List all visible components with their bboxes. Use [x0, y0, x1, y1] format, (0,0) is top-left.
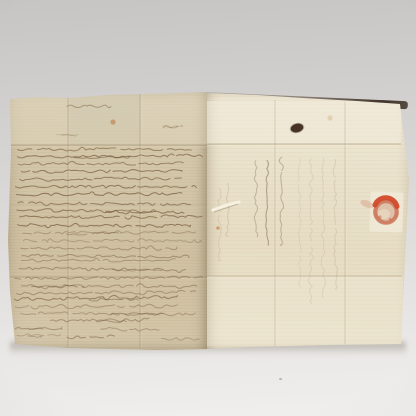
handwriting-line [21, 246, 177, 250]
left-page-ink-layer [8, 92, 208, 350]
handwriting-line [14, 295, 177, 300]
dust-speck [279, 378, 282, 380]
right-top-fold-panel [207, 101, 401, 144]
handwriting-line [17, 334, 60, 336]
address-script-line [218, 189, 221, 261]
handwriting-line [101, 328, 159, 331]
handwriting-line [17, 209, 184, 214]
address-script-line [333, 160, 337, 290]
handwriting-line [16, 185, 197, 188]
handwriting-line [15, 304, 177, 309]
wax-seal [359, 191, 403, 232]
handwriting-line [18, 161, 183, 165]
letter-right-page [207, 92, 410, 350]
handwriting-line [21, 170, 182, 174]
wax-seal-speck [389, 218, 392, 221]
handwriting-line [161, 338, 199, 341]
wax-seal-speck [378, 215, 381, 218]
handwriting-line [20, 177, 182, 181]
left-top-middle-fold-panel [68, 92, 141, 145]
handwriting-line-dark [29, 328, 43, 330]
handwriting-line [21, 312, 195, 316]
handwriting-line [17, 290, 196, 294]
handwriting-line [22, 258, 176, 261]
stain [216, 226, 220, 230]
address-script-line [279, 157, 283, 245]
stain-faint [327, 115, 332, 120]
paper-tear [213, 202, 239, 210]
handwriting-line [22, 254, 190, 258]
address-script-line [226, 183, 229, 236]
handwriting-line [67, 335, 114, 339]
right-bottom-fold-panel [207, 276, 403, 346]
photo-of-letter [0, 0, 416, 416]
handwriting-line [17, 192, 182, 196]
handwriting-line-dark [28, 336, 42, 337]
handwriting-line [23, 239, 201, 243]
stain [110, 119, 115, 124]
address-script-line [266, 160, 269, 245]
handwriting-line [19, 267, 185, 272]
letter-left-page [8, 92, 208, 350]
handwriting-line [18, 147, 192, 151]
handwriting-line [18, 223, 191, 227]
right-page-ink-layer [207, 92, 410, 350]
handwriting-line [20, 215, 203, 219]
address-script-line [254, 161, 258, 237]
address-script-line [298, 158, 301, 288]
